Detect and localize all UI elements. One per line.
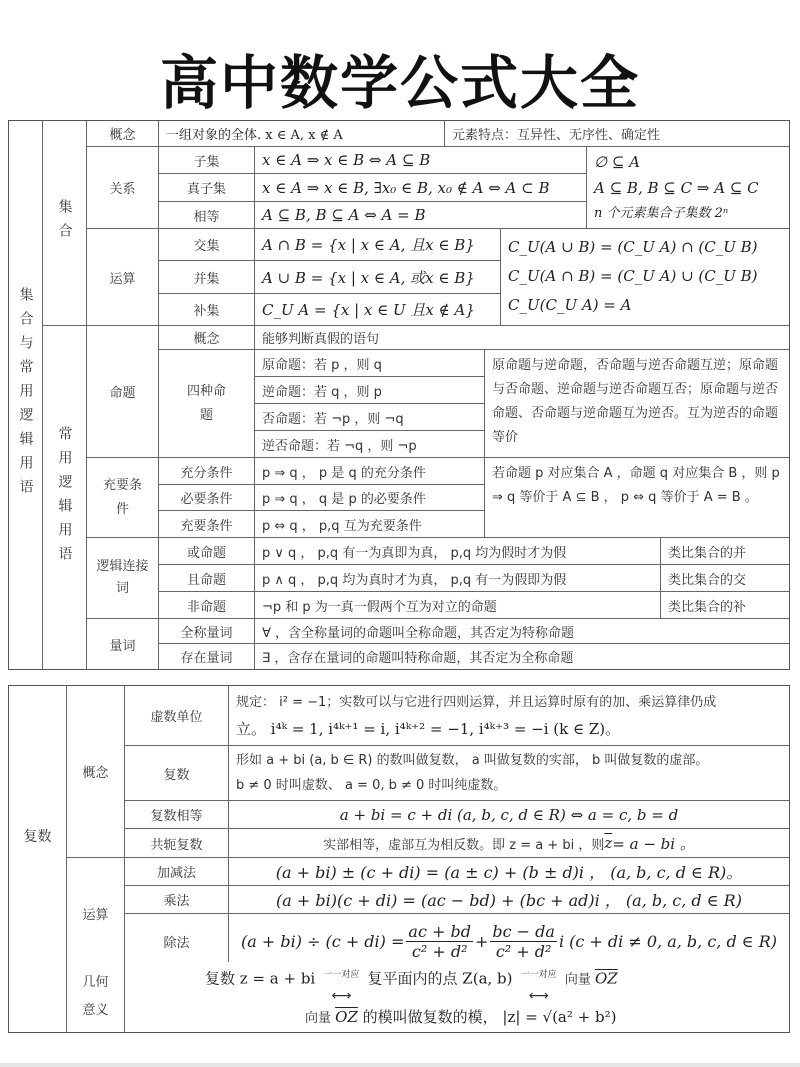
complex-concept-label: 概念 (67, 686, 125, 858)
sets-concept-text: 一组对象的全体. x ∈ A, x ∉ A (159, 121, 445, 147)
sets-operations-label: 运算 (87, 229, 159, 326)
connective-analogy: 类比集合的交 (661, 565, 789, 592)
bottom-divider (0, 1063, 800, 1067)
relation-formula: x ∈ A ⇒ x ∈ B ⇔ A ⊆ B (255, 147, 587, 174)
relation-note: n 个元素集合子集数 2ⁿ (594, 201, 728, 227)
proposition-form: 逆命题：若 q ，则 p (255, 377, 485, 404)
connective-name: 且命题 (159, 565, 255, 592)
operation-name: 乘法 (125, 886, 229, 914)
quantifiers-label: 量词 (87, 619, 159, 669)
proposition-relations-note: 原命题与逆命题，否命题与逆否命题互逆；原命题与否命题、逆命题与逆否命题互否；原命… (485, 350, 789, 458)
connective-analogy: 类比集合的并 (661, 538, 789, 565)
relation-name: 子集 (159, 147, 255, 174)
condition-name: 充分条件 (159, 458, 255, 485)
four-propositions-label: 四种命题 (159, 350, 255, 458)
page-title: 高中数学公式大全 (0, 36, 800, 120)
propositions-label: 命题 (87, 326, 159, 458)
relation-formula: x ∈ A ⇒ x ∈ B, ∃x₀ ∈ B, x₀ ∉ A ⇔ A ⊂ B (255, 174, 587, 202)
complex-number-def: 形如 a + bi (a, b ∈ R) 的数叫做复数， a 叫做复数的实部， … (229, 746, 789, 801)
connectives-label: 逻辑连接词 (87, 538, 159, 619)
section-label-complex-cont (9, 962, 67, 1032)
operation-name: 加减法 (125, 858, 229, 886)
connective-name: 非命题 (159, 592, 255, 619)
complex-table: 复数 概念 虚数单位 规定： i² = −1；实数可以与它进行四则运算，并且运算… (8, 685, 790, 987)
quantifier-formula: ∃ ，含存在量词的命题叫特称命题，其否定为全称命题 (255, 644, 789, 669)
condition-formula: p ⇔ q ， p,q 互为充要条件 (255, 511, 485, 538)
operation-formula: A ∩ B = {x | x ∈ A, 且x ∈ B} (255, 229, 501, 261)
operation-name: 并集 (159, 261, 255, 294)
sets-relations-label: 关系 (87, 147, 159, 229)
modulus-line: 向量 OZ 的模叫做复数的模， |z| = √(a² + b²) (125, 1001, 789, 1035)
conjugate-def: 实部相等，虚部互为相反数。即 z = a + bi ，则 z = a − bi … (229, 829, 789, 858)
condition-name: 必要条件 (159, 485, 255, 511)
bidirectional-arrow-icon: 一一对应⟷ (323, 959, 359, 1001)
proposition-form: 逆否命题：若 ¬q ，则 ¬p (255, 431, 485, 458)
connective-formula: p ∧ q ， p,q 均为真时才为真， p,q 有一为假即为假 (255, 565, 661, 592)
connective-analogy: 类比集合的补 (661, 592, 789, 619)
group-label-logic: 常用逻辑用语 (43, 326, 87, 669)
condition-formula: p ⇒ q ， p 是 q 的充分条件 (255, 458, 485, 485)
prop-concept-text: 能够判断真假的语句 (255, 326, 789, 350)
relation-name: 真子集 (159, 174, 255, 202)
geometry-content: 复数 z = a + bi 一一对应⟷ 复平面内的点 Z(a, b) 一一对应⟷… (125, 962, 789, 1032)
operation-name: 交集 (159, 229, 255, 261)
prop-concept-label: 概念 (159, 326, 255, 350)
complex-operations-label: 运算 (67, 858, 125, 970)
sets-concept-label: 概念 (87, 121, 159, 147)
correspondence-line: 复数 z = a + bi 一一对应⟷ 复平面内的点 Z(a, b) 一一对应⟷… (125, 959, 789, 1001)
conditions-note: 若命题 p 对应集合 A ，命题 q 对应集合 B ，则 p ⇒ q 等价于 A… (485, 458, 789, 538)
relation-note: ∅ ⊆ A (594, 149, 640, 175)
concept-name: 共轭复数 (125, 829, 229, 858)
section-label-complex: 复数 (9, 686, 67, 986)
quantifier-name: 全称量词 (159, 619, 255, 644)
operation-formula: C_U A = {x | x ∈ U 且x ∉ A} (255, 294, 501, 326)
imaginary-unit-def: 规定： i² = −1；实数可以与它进行四则运算，并且运算时原有的加、乘运算律仍… (229, 686, 789, 746)
concept-name: 虚数单位 (125, 686, 229, 746)
relation-formula: A ⊆ B, B ⊆ A ⇔ A = B (255, 202, 587, 229)
quantifier-formula: ∀ ，含全称量词的命题叫全称命题，其否定为特称命题 (255, 619, 789, 644)
operation-note: C_U(A ∪ B) = (C_U A) ∩ (C_U B) (508, 233, 758, 262)
proposition-form: 否命题：若 ¬p ，则 ¬q (255, 404, 485, 431)
section-label-sets-logic: 集合与常用逻辑用语 (9, 121, 43, 669)
relation-note: A ⊆ B, B ⊆ C ⇒ A ⊆ C (594, 175, 759, 201)
bidirectional-arrow-icon: 一一对应⟷ (521, 959, 557, 1001)
concept-name: 复数 (125, 746, 229, 801)
fraction-imag: bc − dac² + d² (490, 922, 557, 961)
geometry-meaning-label: 几何意义 (67, 962, 125, 1032)
complex-equality-formula: a + bi = c + di (a, b, c, d ∈ R) ⇔ a = c… (229, 801, 789, 829)
sets-element-features: 元素特点：互异性、无序性、确定性 (445, 121, 789, 147)
relation-name: 相等 (159, 202, 255, 229)
operation-formula: A ∪ B = {x | x ∈ A, 或x ∈ B} (255, 261, 501, 294)
operation-note: C_U(A ∩ B) = (C_U A) ∪ (C_U B) (508, 262, 758, 291)
connective-formula: ¬p 和 p 为一真一假两个互为对立的命题 (255, 592, 661, 619)
sets-logic-table: 集合与常用逻辑用语 集合 常用逻辑用语 概念 一组对象的全体. x ∈ A, x… (8, 120, 790, 670)
add-sub-formula: (a + bi) ± (c + di) = (a ± c) + (b ± d)i… (229, 858, 789, 886)
relation-notes: ∅ ⊆ A A ⊆ B, B ⊆ C ⇒ A ⊆ C n 个元素集合子集数 2ⁿ (587, 147, 789, 229)
group-label-sets: 集合 (43, 121, 87, 326)
operation-name: 补集 (159, 294, 255, 326)
condition-formula: p ⇒ q ， q 是 p 的必要条件 (255, 485, 485, 511)
connective-name: 或命题 (159, 538, 255, 565)
condition-name: 充要条件 (159, 511, 255, 538)
connective-formula: p ∨ q ， p,q 有一为真即为真， p,q 均为假时才为假 (255, 538, 661, 565)
multiply-formula: (a + bi)(c + di) = (ac − bd) + (bc + ad)… (229, 886, 789, 914)
operation-notes: C_U(A ∪ B) = (C_U A) ∩ (C_U B) C_U(A ∩ B… (501, 229, 789, 326)
conditions-label: 充要条件 (87, 458, 159, 538)
operation-note: C_U(C_U A) = A (508, 291, 631, 320)
proposition-form: 原命题：若 p ，则 q (255, 350, 485, 377)
quantifier-name: 存在量词 (159, 644, 255, 669)
fraction-real: ac + bdc² + d² (406, 922, 473, 961)
complex-geometry-table: 几何意义 复数 z = a + bi 一一对应⟷ 复平面内的点 Z(a, b) … (8, 962, 790, 1033)
concept-name: 复数相等 (125, 801, 229, 829)
